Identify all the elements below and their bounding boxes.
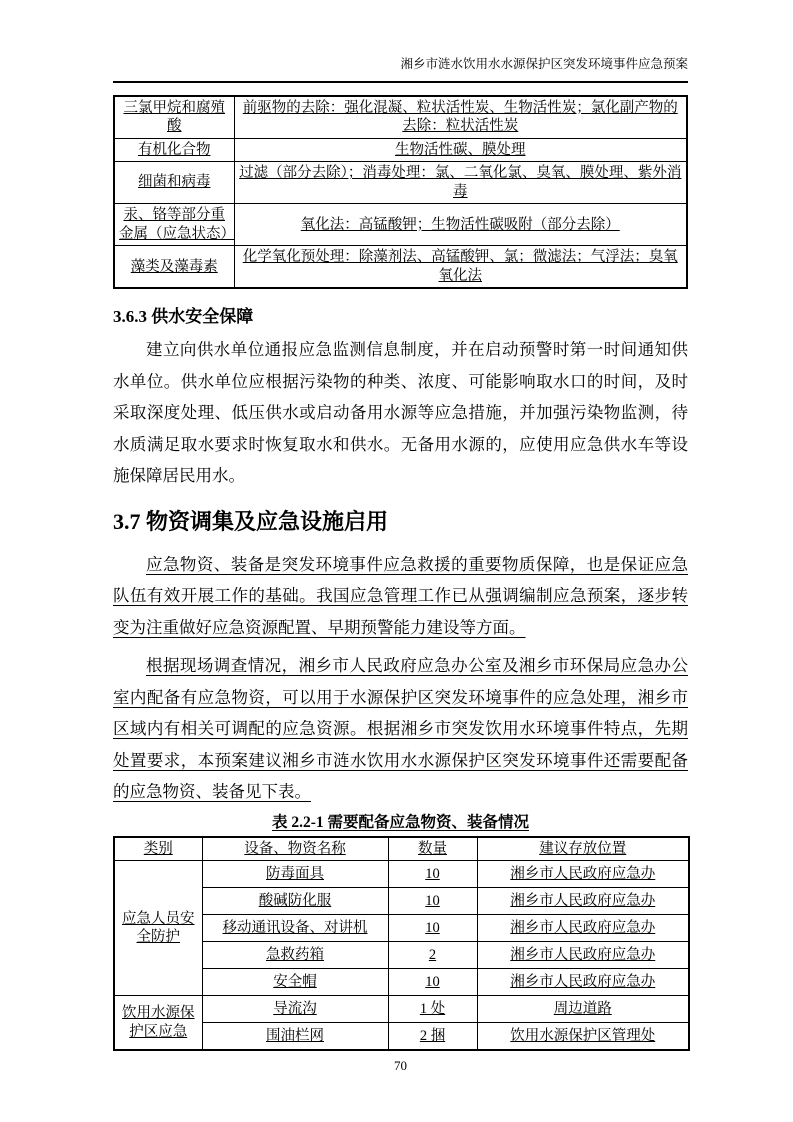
section-3-6-3-paragraph: 建立向供水单位通报应急监测信息制度，并在启动预警时第一时间通知供水单位。供水单位…: [113, 334, 688, 492]
item-cell: 安全帽: [202, 969, 388, 996]
category-cell: 饮用水源保护区应急: [114, 996, 202, 1050]
table-row: 饮用水源保护区应急 导流沟 1 处 周边道路: [114, 996, 689, 1023]
table-header-row: 类别 设备、物资名称 数量 建议存放位置: [114, 837, 689, 861]
pollutant-cell: 有机化合物: [114, 138, 234, 162]
item-cell: 酸碱防化服: [202, 888, 388, 915]
method-cell: 氧化法：高锰酸钾；生物活性碳吸附（部分去除）: [234, 204, 687, 246]
location-cell: 湘乡市人民政府应急办: [477, 942, 689, 969]
method-cell: 化学氧化预处理：除藻剂法、高锰酸钾、氯；微滤法；气浮法；臭氧氧化法: [234, 246, 687, 289]
column-header-item: 设备、物资名称: [202, 837, 388, 861]
qty-cell: 10: [388, 969, 477, 996]
location-cell: 饮用水源保护区管理处: [477, 1023, 689, 1050]
item-cell: 围油栏网: [202, 1023, 388, 1050]
qty-cell: 10: [388, 888, 477, 915]
treatment-methods-table: 三氯甲烷和腐殖酸 前驱物的去除：强化混凝、粒状活性炭、生物活性炭；氯化副产物的去…: [113, 95, 688, 290]
pollutant-cell: 三氯甲烷和腐殖酸: [114, 96, 234, 139]
page-number: 70: [113, 1058, 688, 1074]
method-cell: 前驱物的去除：强化混凝、粒状活性炭、生物活性炭；氯化副产物的去除：粒状活性炭: [234, 96, 687, 139]
table-row: 三氯甲烷和腐殖酸 前驱物的去除：强化混凝、粒状活性炭、生物活性炭；氯化副产物的去…: [114, 96, 687, 139]
location-cell: 周边道路: [477, 996, 689, 1023]
location-cell: 湘乡市人民政府应急办: [477, 969, 689, 996]
table-row: 有机化合物 生物活性碳、膜处理: [114, 138, 687, 162]
header-title: 湘乡市涟水饮用水水源保护区突发环境事件应急预案: [400, 57, 688, 71]
method-cell: 生物活性碳、膜处理: [234, 138, 687, 162]
item-cell: 急救药箱: [202, 942, 388, 969]
qty-cell: 2 捆: [388, 1023, 477, 1050]
pollutant-cell: 汞、铬等部分重金属（应急状态）: [114, 204, 234, 246]
page-content: 湘乡市涟水饮用水水源保护区突发环境事件应急预案 三氯甲烷和腐殖酸 前驱物的去除：…: [113, 56, 688, 1074]
column-header-location: 建议存放位置: [477, 837, 689, 861]
section-3-6-3-heading: 3.6.3 供水安全保障: [113, 302, 688, 327]
method-cell: 过滤（部分去除）；消毒处理：氯、二氧化氯、臭氧、膜处理、紫外消毒: [234, 162, 687, 204]
table-row: 汞、铬等部分重金属（应急状态） 氧化法：高锰酸钾；生物活性碳吸附（部分去除）: [114, 204, 687, 246]
document-page: 湘乡市涟水饮用水水源保护区突发环境事件应急预案 三氯甲烷和腐殖酸 前驱物的去除：…: [0, 0, 793, 1122]
qty-cell: 1 处: [388, 996, 477, 1023]
column-header-qty: 数量: [388, 837, 477, 861]
item-cell: 移动通讯设备、对讲机: [202, 915, 388, 942]
page-header: 湘乡市涟水饮用水水源保护区突发环境事件应急预案: [113, 56, 688, 83]
column-header-category: 类别: [114, 837, 202, 861]
table-row: 应急人员安全防护 防毒面具 10 湘乡市人民政府应急办: [114, 861, 689, 888]
section-3-7-paragraph-1: 应急物资、装备是突发环境事件应急救援的重要物质保障，也是保证应急队伍有效开展工作…: [113, 549, 688, 644]
item-cell: 导流沟: [202, 996, 388, 1023]
location-cell: 湘乡市人民政府应急办: [477, 861, 689, 888]
item-cell: 防毒面具: [202, 861, 388, 888]
table-row: 藻类及藻毒素 化学氧化预处理：除藻剂法、高锰酸钾、氯；微滤法；气浮法；臭氧氧化法: [114, 246, 687, 289]
supplies-table-caption: 表 2.2-1 需要配备应急物资、装备情况: [113, 810, 688, 832]
pollutant-cell: 藻类及藻毒素: [114, 246, 234, 289]
pollutant-cell: 细菌和病毒: [114, 162, 234, 204]
location-cell: 湘乡市人民政府应急办: [477, 915, 689, 942]
qty-cell: 10: [388, 915, 477, 942]
qty-cell: 10: [388, 861, 477, 888]
location-cell: 湘乡市人民政府应急办: [477, 888, 689, 915]
qty-cell: 2: [388, 942, 477, 969]
supplies-table: 类别 设备、物资名称 数量 建议存放位置 应急人员安全防护 防毒面具 10 湘乡…: [113, 836, 690, 1051]
section-3-7-heading: 3.7 物资调集及应急设施启用: [113, 505, 688, 536]
category-cell: 应急人员安全防护: [114, 861, 202, 996]
section-3-7-paragraph-2: 根据现场调查情况，湘乡市人民政府应急办公室及湘乡市环保局应急办公室内配备有应急物…: [113, 650, 688, 808]
table-row: 细菌和病毒 过滤（部分去除）；消毒处理：氯、二氧化氯、臭氧、膜处理、紫外消毒: [114, 162, 687, 204]
